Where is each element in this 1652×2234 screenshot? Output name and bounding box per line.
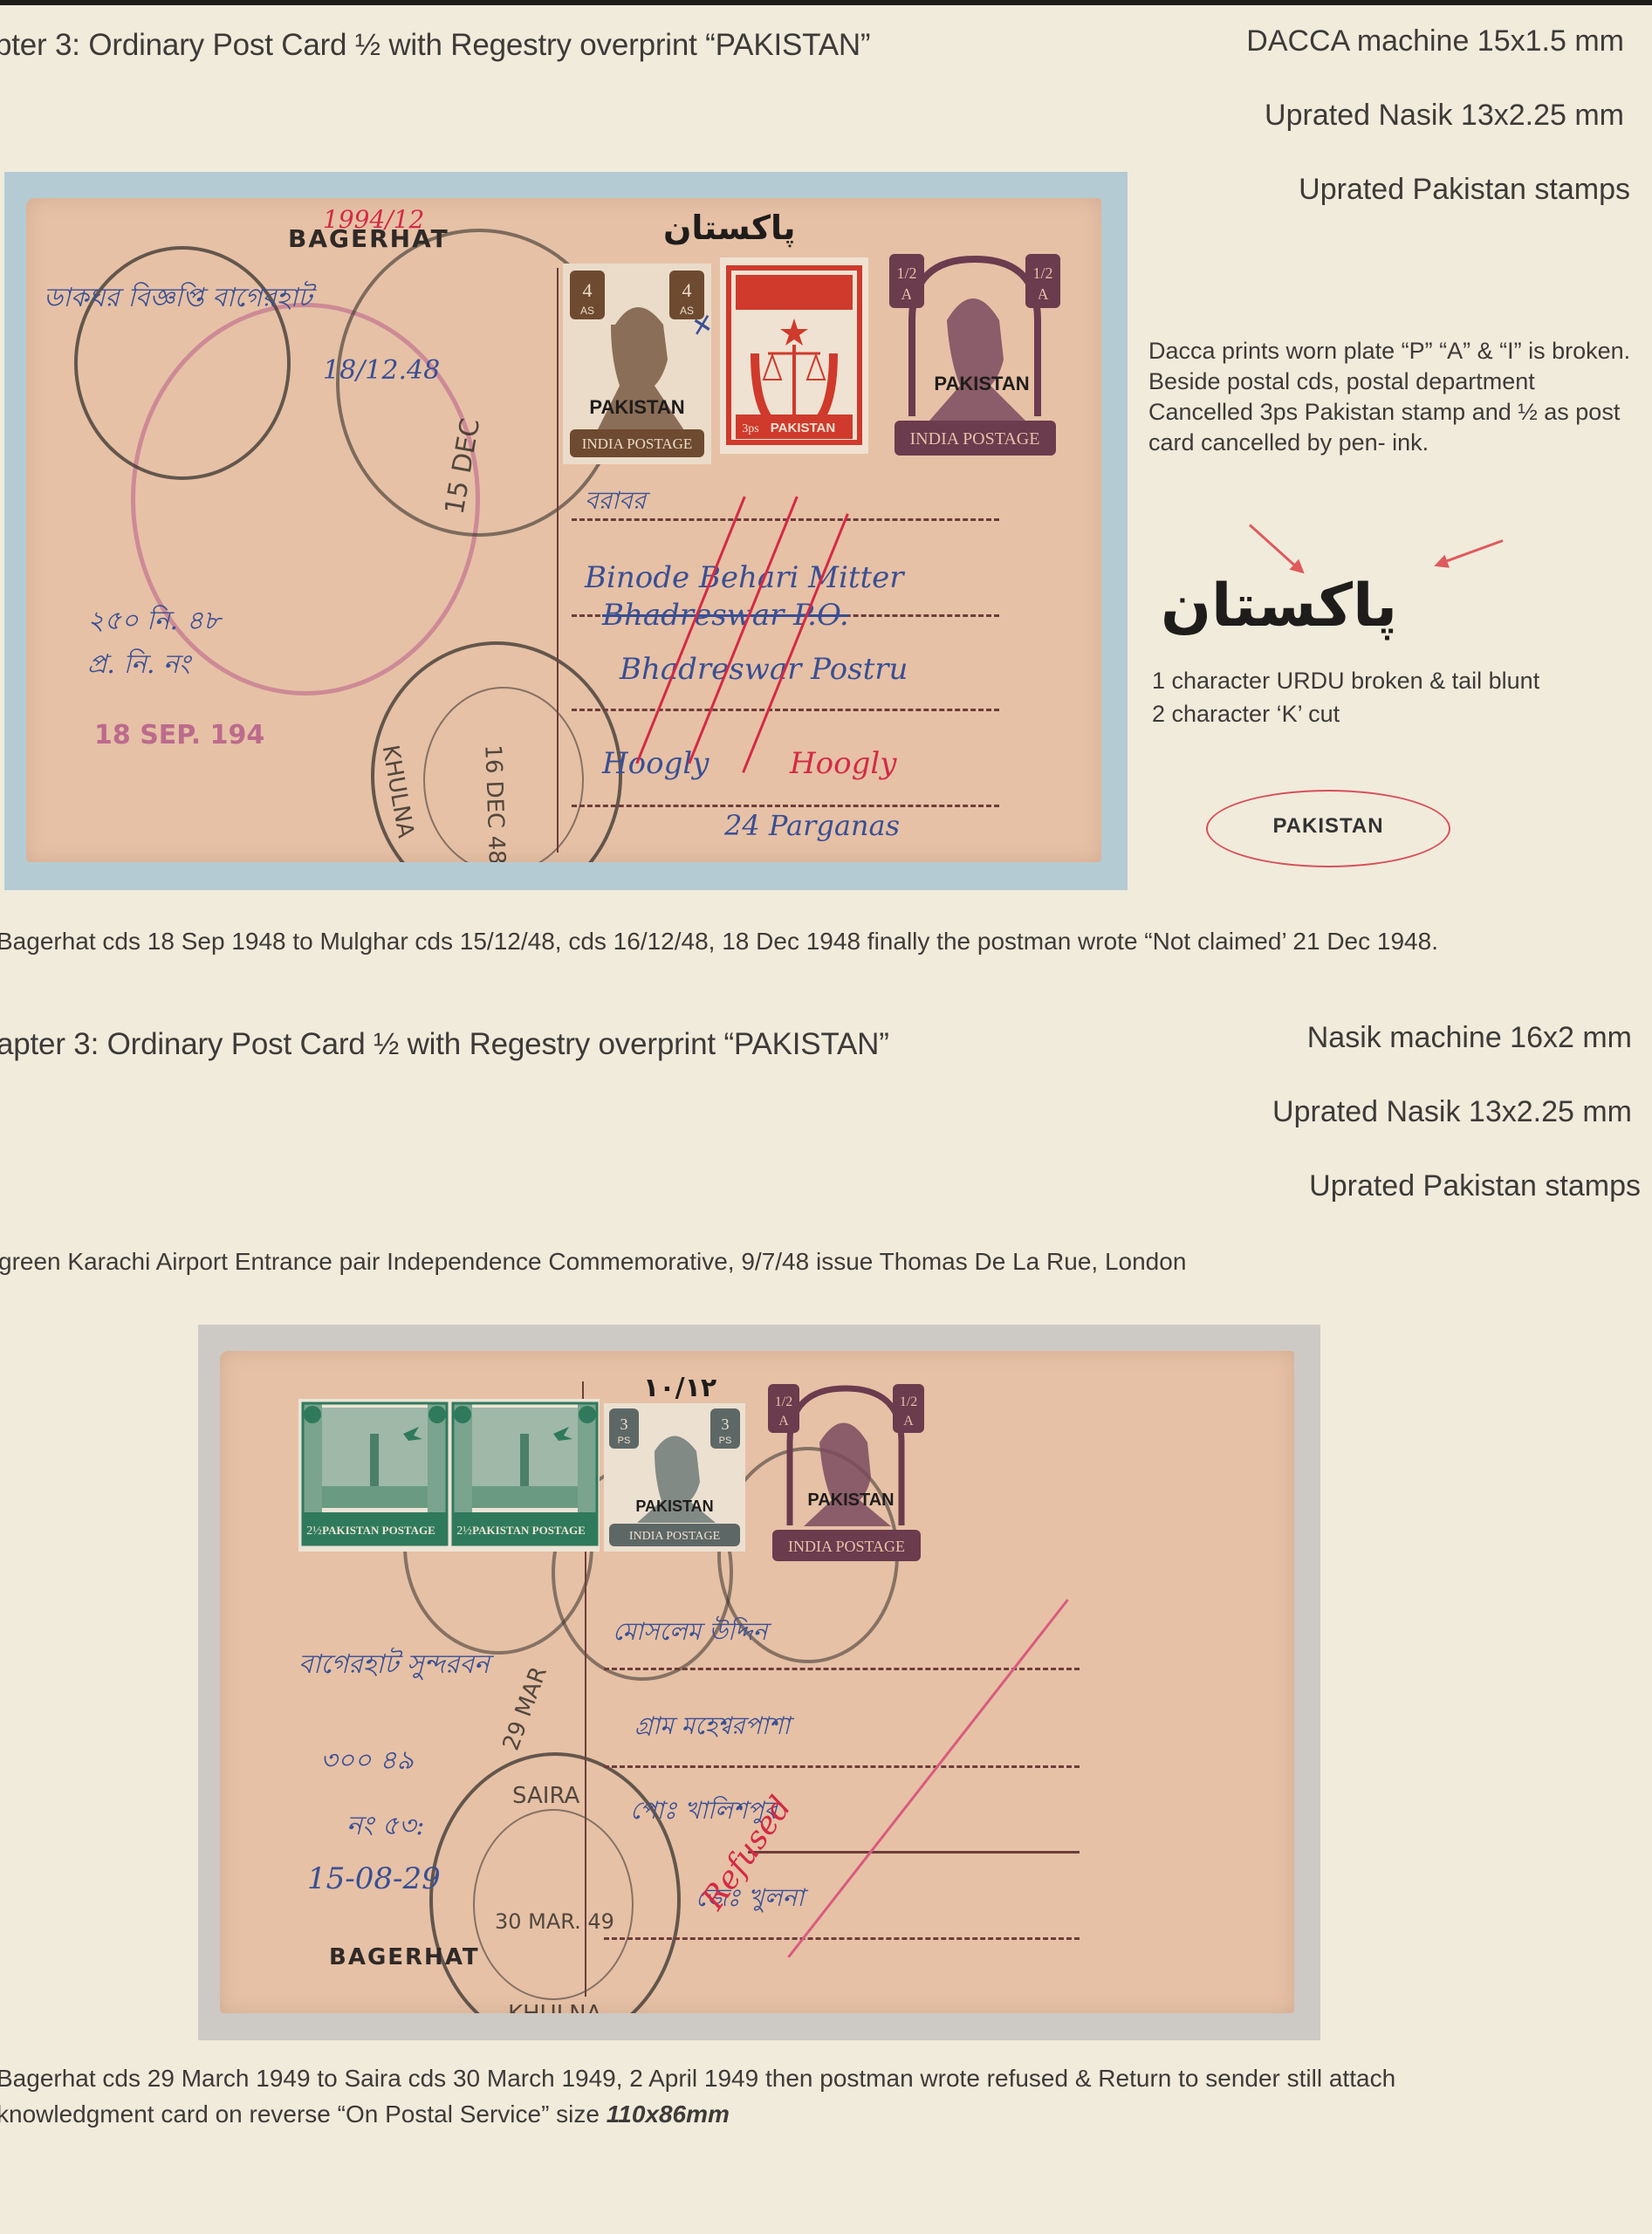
- svg-text:INDIA POSTAGE: INDIA POSTAGE: [910, 429, 1040, 449]
- svg-text:INDIA POSTAGE: INDIA POSTAGE: [582, 435, 693, 452]
- svg-text:AS: AS: [580, 305, 594, 317]
- stamp-4-annas: 4 AS 4 AS INDIA POSTAGE PAKISTAN: [563, 264, 711, 464]
- svg-text:3: 3: [722, 1415, 730, 1433]
- svg-text:PAKISTAN: PAKISTAN: [934, 373, 1029, 394]
- stamp-half-anna-imprint: 1/2 A 1/2 A INDIA POSTAGE PAKISTAN: [886, 250, 1065, 464]
- red-pencil-number: 1994/12: [323, 205, 424, 234]
- stamp-3-pies: 3 PS 3 PS INDIA POSTAGE PAKISTAN: [604, 1403, 745, 1552]
- section1-label-machine: DACCA machine 15x1.5 mm: [1246, 24, 1624, 58]
- ellipse-label: PAKISTAN: [1208, 814, 1449, 839]
- king-george-portrait-icon: 4 AS 4 AS INDIA POSTAGE PAKISTAN: [563, 264, 711, 464]
- svg-text:PS: PS: [719, 1436, 732, 1446]
- section2-title: apter 3: Ordinary Post Card ½ with Reges…: [0, 1027, 889, 1062]
- svg-text:PS: PS: [618, 1436, 631, 1446]
- svg-text:2½: 2½: [456, 1525, 472, 1538]
- red-arrow-icon: [1436, 539, 1503, 565]
- handwriting-right-2: গ্রাম মহেশ্বরপাশা: [634, 1707, 790, 1748]
- king-george-portrait-icon: 1/2 A 1/2 A INDIA POSTAGE PAKISTAN: [886, 250, 1065, 464]
- svg-text:1/2: 1/2: [775, 1395, 792, 1409]
- address-line: [572, 709, 999, 711]
- card-divider: [585, 1521, 586, 1997]
- svg-text:3ps: 3ps: [742, 422, 758, 435]
- cds-date-30mar: 30 MAR. 49: [495, 1909, 614, 1934]
- king-george-portrait-icon: 1/2 A 1/2 A INDIA POSTAGE PAKISTAN: [765, 1381, 927, 1565]
- address-line: [604, 1937, 1080, 1940]
- section2-label-uprated-stamps: Uprated Pakistan stamps: [1309, 1169, 1641, 1203]
- scales-of-justice-icon: PAKISTAN 3ps: [720, 257, 868, 454]
- address-to: বরাবর: [585, 482, 646, 523]
- svg-text:PAKISTAN: PAKISTAN: [589, 396, 684, 418]
- address-line-6: 24 Parganas: [724, 809, 900, 842]
- handwriting-left-4: প্র. নি. নং: [87, 643, 190, 688]
- cds-date-16dec: 16 DEC 48: [479, 744, 510, 862]
- caption-text: knowledgment card on reverse “On Postal …: [0, 2100, 607, 2128]
- svg-text:PAKISTAN: PAKISTAN: [807, 1490, 894, 1510]
- handwriting-left-4: 15-08-29: [307, 1861, 441, 1896]
- handwriting-left-3: ২৫০ নি. ৪৮: [87, 600, 221, 644]
- cds-saira-label: SAIRA: [512, 1783, 579, 1809]
- svg-text:1/2: 1/2: [900, 1395, 917, 1409]
- handwriting-right-1: মোসলেম উদ্দিন: [613, 1613, 767, 1654]
- svg-text:4: 4: [583, 279, 593, 301]
- handwriting-left-2: ৩০০ ৪৯: [320, 1739, 414, 1784]
- card-divider: [557, 268, 559, 853]
- plate-flaw-note: Dacca prints worn plate “P” “A” & “I” is…: [1148, 336, 1637, 458]
- karachi-airport-entrance-icon: PAKISTAN POSTAGE 2½ PAKISTAN POSTAGE 2½: [298, 1399, 600, 1552]
- svg-text:PAKISTAN POSTAGE: PAKISTAN POSTAGE: [472, 1524, 586, 1537]
- section2-caption-line2: knowledgment card on reverse “On Postal …: [0, 2100, 730, 2128]
- section2-subtitle: green Karachi Airport Entrance pair Inde…: [0, 1248, 1186, 1276]
- svg-text:1/2: 1/2: [896, 264, 916, 282]
- svg-text:2½: 2½: [306, 1525, 322, 1538]
- postcard-1: 15 DEC 16 DEC 48 KHULNA 18 SEP. 194 BAGE…: [26, 198, 1101, 862]
- address-line: [572, 805, 999, 807]
- cds-date-29mar: 29 MAR: [498, 1663, 552, 1754]
- saira-cds-inner: [473, 1809, 634, 2000]
- section2-caption-line1: Bagerhat cds 29 March 1949 to Saira cds …: [0, 2065, 1395, 2093]
- svg-text:1/2: 1/2: [1032, 264, 1052, 282]
- stamp-half-anna-imprint: 1/2 A 1/2 A INDIA POSTAGE PAKISTAN: [765, 1381, 927, 1565]
- handwriting-left-1: ডাকঘর বিজ্ঞপ্তি বাগেরহাট: [44, 277, 312, 321]
- svg-text:INDIA POSTAGE: INDIA POSTAGE: [629, 1530, 720, 1543]
- address-line: [604, 1765, 1080, 1768]
- bagerhat-handstamp: BAGERHAT: [329, 1944, 480, 1970]
- red-strike: [742, 513, 849, 773]
- section1-title: pter 3: Ordinary Post Card ½ with Regest…: [0, 28, 870, 63]
- svg-text:A: A: [903, 1414, 914, 1429]
- postcard-2: 29 MAR SAIRA 30 MAR. 49 KHULNA PAKISTAN …: [220, 1351, 1294, 2013]
- scan-top-edge: [0, 0, 1652, 5]
- section1-label-uprated-nasik: Uprated Nasik 13x2.25 mm: [1265, 99, 1624, 133]
- address-line: [604, 1668, 1080, 1670]
- address-line-3: Bhadreswar Postru: [620, 652, 908, 687]
- handwriting-left-date: 18/12.48: [323, 355, 440, 386]
- cds-khulna-label: KHULNA: [508, 2001, 601, 2013]
- section1-label-uprated-stamps: Uprated Pakistan stamps: [1299, 173, 1630, 207]
- address-red-hoogly: Hoogly: [790, 746, 896, 781]
- king-george-portrait-icon: 3 PS 3 PS INDIA POSTAGE PAKISTAN: [604, 1403, 745, 1552]
- flaw-note-2: 2 character ‘K’ cut: [1152, 701, 1340, 728]
- urdu-overprint-enlarged: پاکستان: [1161, 572, 1397, 641]
- svg-text:3: 3: [620, 1415, 628, 1433]
- stamp-pair-karachi-airport: PAKISTAN POSTAGE 2½ PAKISTAN POSTAGE 2½: [298, 1399, 600, 1552]
- pakistan-overprint-ellipse: PAKISTAN: [1206, 790, 1450, 867]
- svg-text:4: 4: [682, 279, 692, 301]
- svg-text:PAKISTAN: PAKISTAN: [635, 1497, 713, 1515]
- svg-text:PAKISTAN POSTAGE: PAKISTAN POSTAGE: [322, 1524, 435, 1537]
- svg-text:PAKISTAN: PAKISTAN: [771, 421, 835, 435]
- magenta-date-stamp: 18 SEP. 194: [94, 720, 264, 750]
- handwriting-left-3: নং ৫৩:: [346, 1805, 424, 1849]
- stamp-3-pies-scales: PAKISTAN 3ps: [720, 257, 868, 454]
- urdu-handwritten-note: ۱۰/۱۲: [643, 1373, 716, 1403]
- flaw-note-1: 1 character URDU broken & tail blunt: [1152, 668, 1539, 695]
- section2-label-machine: Nasik machine 16x2 mm: [1307, 1021, 1632, 1055]
- urdu-overprint: پاکستان: [663, 209, 796, 247]
- red-arrow-icon: [1249, 524, 1302, 572]
- svg-text:A: A: [778, 1414, 789, 1429]
- svg-text:INDIA POSTAGE: INDIA POSTAGE: [788, 1538, 905, 1555]
- section2-label-uprated-nasik: Uprated Nasik 13x2.25 mm: [1272, 1095, 1632, 1129]
- card-size: 110x86mm: [607, 2100, 730, 2128]
- handwriting-left-1: বাগেরহাট সুন্দরবন: [298, 1643, 490, 1688]
- address-line-1: Binode Behari Mitter: [585, 560, 904, 595]
- section1-caption: Bagerhat cds 18 Sep 1948 to Mulghar cds …: [0, 928, 1438, 956]
- address-line: [748, 1851, 1080, 1854]
